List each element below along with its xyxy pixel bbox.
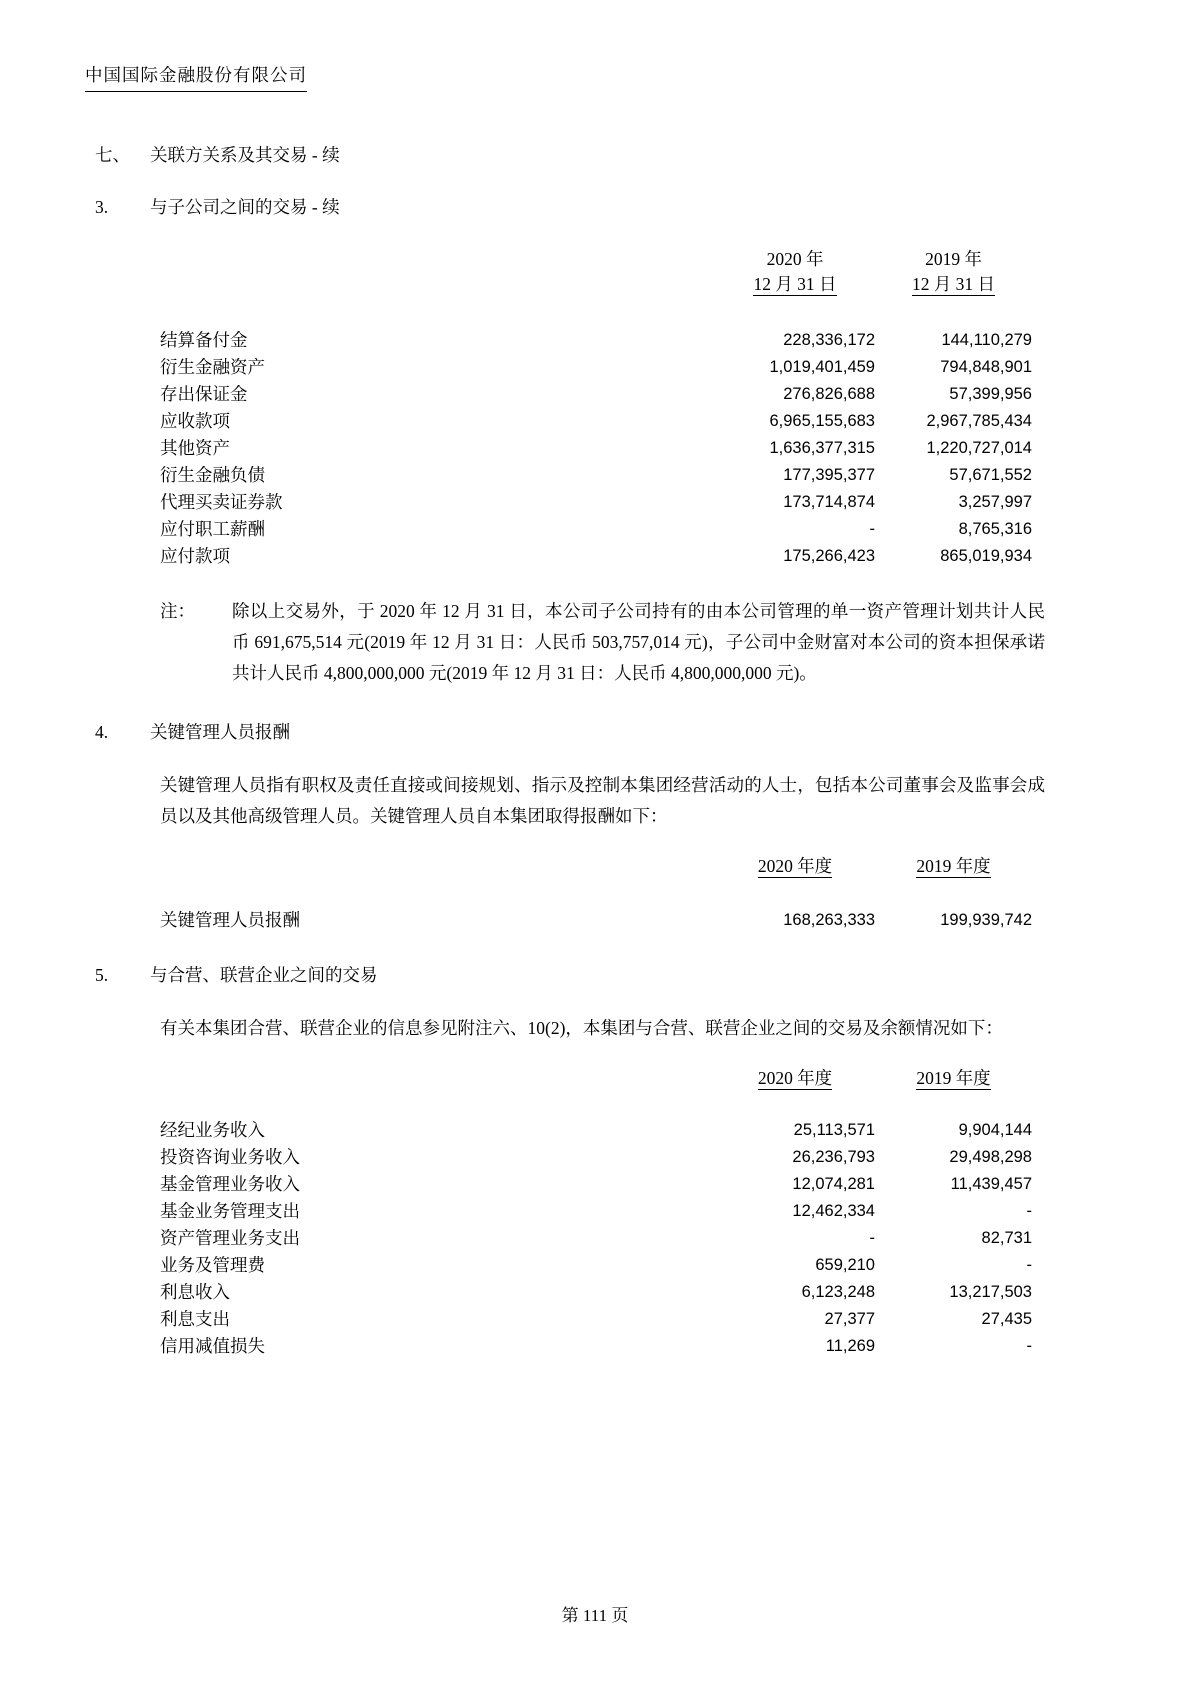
table-row: 利息支出 27,377 27,435: [160, 1306, 1032, 1333]
row-value-2019: 199,939,742: [875, 907, 1032, 934]
table-rows: 关键管理人员报酬 168,263,333 199,939,742: [160, 907, 1032, 934]
table-row: 资产管理业务支出 - 82,731: [160, 1225, 1032, 1252]
row-label: 投资咨询业务收入: [160, 1144, 715, 1171]
table-header: 2020 年度 2019 年度: [160, 1066, 1032, 1091]
column-header-2020: 2020 年度: [715, 854, 875, 879]
section-4-title: 关键管理人员报酬: [150, 719, 1045, 746]
row-value-2020: 177,395,377: [715, 462, 875, 489]
row-value-2019: 144,110,279: [875, 327, 1032, 354]
column-header-2019: 2019 年 12 月 31 日: [875, 247, 1032, 297]
section-5-title: 与合营、联营企业之间的交易: [150, 962, 1045, 989]
remuneration-table: 2020 年度 2019 年度 关键管理人员报酬 168,263,333 199…: [160, 854, 1032, 934]
note-text: 除以上交易外，于 2020 年 12 月 31 日，本公司子公司持有的由本公司管…: [232, 596, 1045, 689]
row-label: 利息收入: [160, 1279, 715, 1306]
column-header-2019-year: 2019 年: [875, 247, 1032, 272]
row-value-2019: 82,731: [875, 1225, 1032, 1252]
row-value-2020: 276,826,688: [715, 381, 875, 408]
row-label: 基金管理业务收入: [160, 1171, 715, 1198]
row-value-2020: 6,123,248: [715, 1279, 875, 1306]
row-value-2020: 1,019,401,459: [715, 354, 875, 381]
section-3-number: 3.: [85, 194, 150, 221]
jv-transactions-table: 2020 年度 2019 年度 经纪业务收入 25,113,571 9,904,…: [160, 1066, 1032, 1360]
table-row: 应付职工薪酬 - 8,765,316: [160, 516, 1032, 543]
note-label: 注：: [160, 596, 232, 689]
table-row: 结算备付金 228,336,172 144,110,279: [160, 327, 1032, 354]
row-label: 关键管理人员报酬: [160, 907, 715, 934]
row-value-2019: 13,217,503: [875, 1279, 1032, 1306]
row-value-2019: -: [875, 1333, 1032, 1360]
table-row: 利息收入 6,123,248 13,217,503: [160, 1279, 1032, 1306]
row-value-2019: 3,257,997: [875, 489, 1032, 516]
row-label: 应付款项: [160, 543, 715, 570]
row-value-2020: 12,462,334: [715, 1198, 875, 1225]
section-4-number: 4.: [85, 719, 150, 746]
row-value-2019: 11,439,457: [875, 1171, 1032, 1198]
header-spacer: [160, 854, 715, 879]
row-value-2019: 1,220,727,014: [875, 435, 1032, 462]
section-3-title: 与子公司之间的交易 - 续: [150, 194, 1045, 221]
table-row: 存出保证金 276,826,688 57,399,956: [160, 381, 1032, 408]
row-value-2019: 794,848,901: [875, 354, 1032, 381]
column-header-2019-date: 12 月 31 日: [875, 272, 1032, 297]
table-row: 应收款项 6,965,155,683 2,967,785,434: [160, 408, 1032, 435]
row-label: 信用减值损失: [160, 1333, 715, 1360]
header-spacer: [160, 1066, 715, 1091]
row-value-2019: 2,967,785,434: [875, 408, 1032, 435]
table-row: 衍生金融资产 1,019,401,459 794,848,901: [160, 354, 1032, 381]
table-row: 经纪业务收入 25,113,571 9,904,144: [160, 1117, 1032, 1144]
row-value-2019: 57,671,552: [875, 462, 1032, 489]
table-header: 2020 年 12 月 31 日 2019 年 12 月 31 日: [160, 247, 1032, 297]
row-label: 存出保证金: [160, 381, 715, 408]
table-row: 基金管理业务收入 12,074,281 11,439,457: [160, 1171, 1032, 1198]
row-value-2020: 6,965,155,683: [715, 408, 875, 435]
row-value-2020: 173,714,874: [715, 489, 875, 516]
row-value-2019: 29,498,298: [875, 1144, 1032, 1171]
row-value-2019: 8,765,316: [875, 516, 1032, 543]
section-3: 3. 与子公司之间的交易 - 续: [85, 194, 1045, 221]
row-label: 资产管理业务支出: [160, 1225, 715, 1252]
table-rows: 经纪业务收入 25,113,571 9,904,144 投资咨询业务收入 26,…: [160, 1117, 1032, 1360]
table-row: 信用减值损失 11,269 -: [160, 1333, 1032, 1360]
section-7-title: 关联方关系及其交易 - 续: [150, 142, 1045, 169]
row-value-2020: 1,636,377,315: [715, 435, 875, 462]
table-header: 2020 年度 2019 年度: [160, 854, 1032, 879]
column-header-2020-date: 12 月 31 日: [715, 272, 875, 297]
section-5: 5. 与合营、联营企业之间的交易: [85, 962, 1045, 989]
row-label: 经纪业务收入: [160, 1117, 715, 1144]
section-7: 七、 关联方关系及其交易 - 续: [85, 142, 1045, 169]
row-value-2019: 9,904,144: [875, 1117, 1032, 1144]
row-value-2020: 27,377: [715, 1306, 875, 1333]
row-label: 利息支出: [160, 1306, 715, 1333]
row-label: 其他资产: [160, 435, 715, 462]
row-label: 结算备付金: [160, 327, 715, 354]
section-5-number: 5.: [85, 962, 150, 989]
row-value-2020: 12,074,281: [715, 1171, 875, 1198]
table-row: 关键管理人员报酬 168,263,333 199,939,742: [160, 907, 1032, 934]
row-value-2020: 659,210: [715, 1252, 875, 1279]
row-value-2020: 11,269: [715, 1333, 875, 1360]
row-value-2019: 27,435: [875, 1306, 1032, 1333]
column-header-2019: 2019 年度: [875, 1066, 1032, 1091]
column-header-2020: 2020 年 12 月 31 日: [715, 247, 875, 297]
document-page: 中国国际金融股份有限公司 七、 关联方关系及其交易 - 续 3. 与子公司之间的…: [0, 0, 1190, 1684]
row-label: 衍生金融负债: [160, 462, 715, 489]
row-value-2019: 865,019,934: [875, 543, 1032, 570]
column-header-2020: 2020 年度: [715, 1066, 875, 1091]
table-row: 投资咨询业务收入 26,236,793 29,498,298: [160, 1144, 1032, 1171]
row-value-2020: 26,236,793: [715, 1144, 875, 1171]
note-block: 注： 除以上交易外，于 2020 年 12 月 31 日，本公司子公司持有的由本…: [160, 596, 1045, 689]
row-value-2020: 228,336,172: [715, 327, 875, 354]
row-label: 应收款项: [160, 408, 715, 435]
row-value-2020: 175,266,423: [715, 543, 875, 570]
company-name: 中国国际金融股份有限公司: [85, 62, 307, 92]
page-number: 第 111 页: [0, 1602, 1190, 1629]
row-label: 业务及管理费: [160, 1252, 715, 1279]
row-label: 代理买卖证券款: [160, 489, 715, 516]
row-value-2020: -: [715, 516, 875, 543]
column-header-2020-year: 2020 年: [715, 247, 875, 272]
table-row: 其他资产 1,636,377,315 1,220,727,014: [160, 435, 1032, 462]
table-row: 衍生金融负债 177,395,377 57,671,552: [160, 462, 1032, 489]
section-4: 4. 关键管理人员报酬: [85, 719, 1045, 746]
row-value-2019: -: [875, 1252, 1032, 1279]
subsidiary-balances-table: 2020 年 12 月 31 日 2019 年 12 月 31 日 结算备付金 …: [160, 247, 1032, 570]
section-4-paragraph: 关键管理人员指有职权及责任直接或间接规划、指示及控制本集团经营活动的人士，包括本…: [160, 770, 1045, 832]
row-value-2020: 168,263,333: [715, 907, 875, 934]
row-value-2020: 25,113,571: [715, 1117, 875, 1144]
row-label: 基金业务管理支出: [160, 1198, 715, 1225]
table-row: 基金业务管理支出 12,462,334 -: [160, 1198, 1032, 1225]
section-5-paragraph: 有关本集团合营、联营企业的信息参见附注六、10(2)，本集团与合营、联营企业之间…: [160, 1013, 1045, 1044]
row-label: 衍生金融资产: [160, 354, 715, 381]
row-value-2019: 57,399,956: [875, 381, 1032, 408]
row-value-2019: -: [875, 1198, 1032, 1225]
table-row: 应付款项 175,266,423 865,019,934: [160, 543, 1032, 570]
table-rows: 结算备付金 228,336,172 144,110,279 衍生金融资产 1,0…: [160, 327, 1032, 570]
table-row: 代理买卖证券款 173,714,874 3,257,997: [160, 489, 1032, 516]
header-spacer: [160, 247, 715, 297]
table-row: 业务及管理费 659,210 -: [160, 1252, 1032, 1279]
row-value-2020: -: [715, 1225, 875, 1252]
column-header-2019: 2019 年度: [875, 854, 1032, 879]
section-7-number: 七、: [85, 142, 150, 169]
row-label: 应付职工薪酬: [160, 516, 715, 543]
